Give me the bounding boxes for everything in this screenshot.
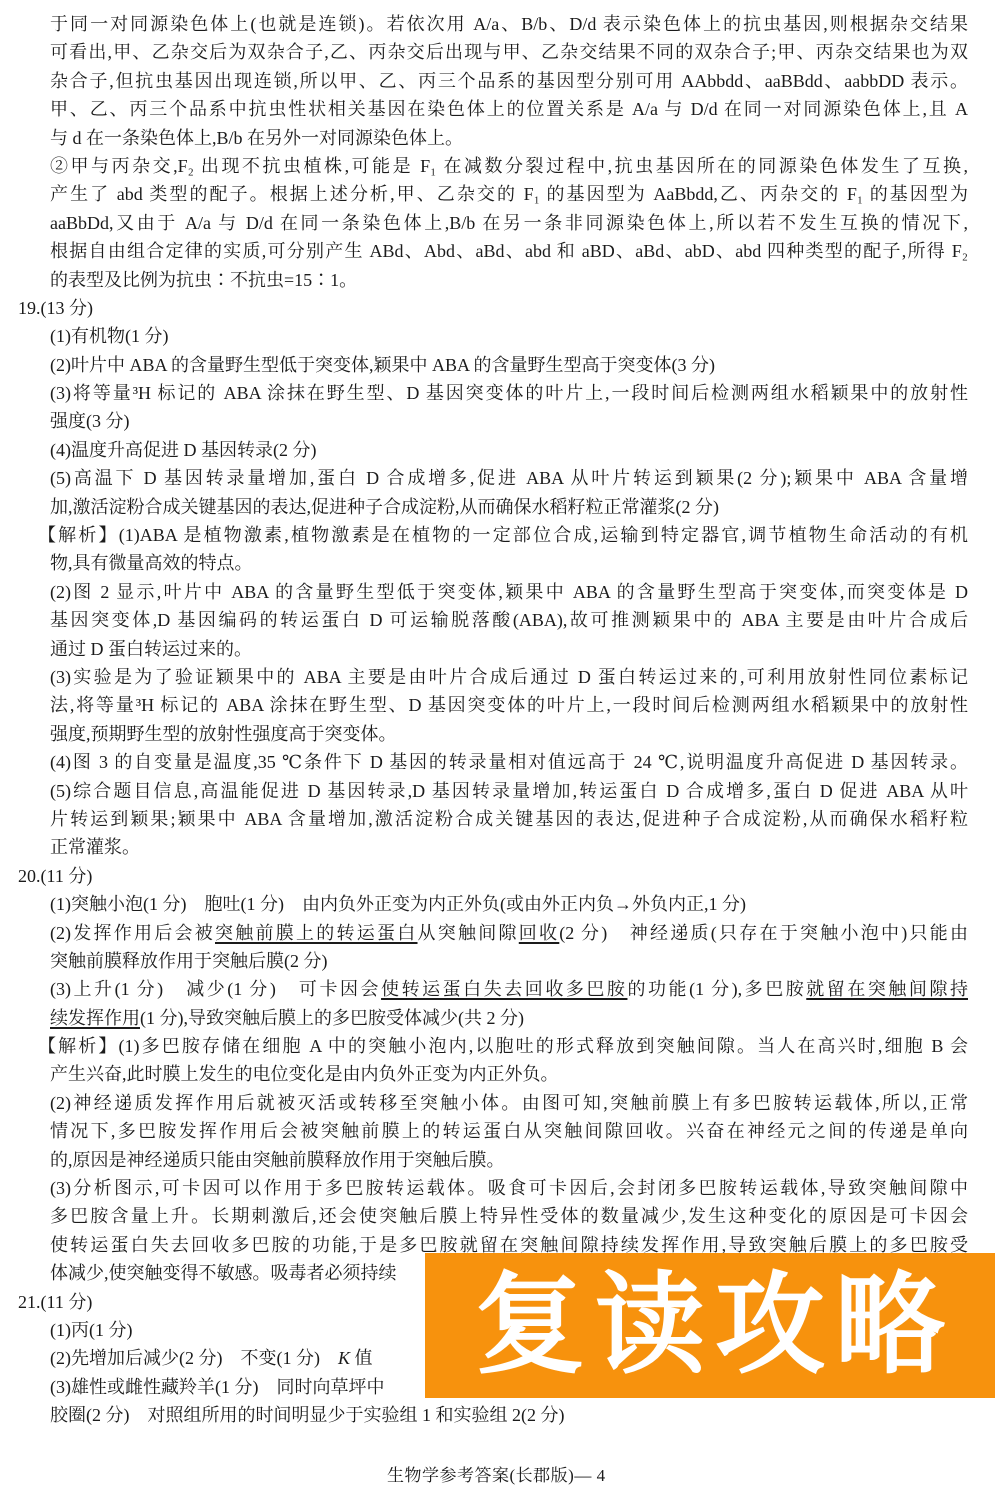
text-line: 多巴胺含量上升。长期刺激后,还会使突触后膜上特异性受体的数量减少,发生这种变化的… xyxy=(50,1202,968,1230)
text-segment: (2)发挥作用后会被 xyxy=(50,923,215,943)
text-segment: 的功能(1 分),多巴胺 xyxy=(627,979,806,999)
text-line: (1)突触小泡(1 分) 胞吐(1 分) 由内负外正变为内正外负(或由外正内负→… xyxy=(50,890,968,918)
text-line: 于同一对同源染色体上(也就是连锁)。若依次用 A/a、B/b、D/d 表示染色体… xyxy=(50,10,968,38)
text-line: 胶圈(2 分) 对照组所用的时间明显少于实验组 1 和实验组 2(2 分) xyxy=(50,1401,968,1429)
text-segment: (5)综合题目信息,高温能促进 D 基因转录,D 基因转录量增加,转运蛋白 D … xyxy=(50,781,968,801)
text-segment: 多巴胺含量上升。长期刺激后,还会使突触后膜上特异性受体的数量减少,发生这种变化的… xyxy=(50,1206,968,1226)
text-segment: 杂合子,但抗虫基因出现连锁,所以甲、乙、丙三个品系的基因型分别可用 AAbbdd… xyxy=(50,71,968,91)
underlined-text: 使转运蛋白失去回收多巴胺 xyxy=(381,979,627,999)
text-line: (3)将等量³H 标记的 ABA 涂抹在野生型、D 基因突变体的叶片上,一段时间… xyxy=(50,379,968,407)
text-segment: (4)图 3 的自变量是温度,35 ℃条件下 D 基因的转录量相对值远高于 24… xyxy=(50,752,968,772)
text-segment: 通过 D 蛋白转运过来的。 xyxy=(50,639,252,659)
text-line: (2)叶片中 ABA 的含量野生型低于突变体,颖果中 ABA 的含量野生型高于突… xyxy=(50,351,968,379)
text-line: 基因突变体,D 基因编码的转运蛋白 D 可运输脱落酸(ABA),故可推测颖果中的… xyxy=(50,606,968,634)
text-line: 加,激活淀粉合成关键基因的表达,促进种子合成淀粉,从而确保水稻籽粒正常灌浆(2 … xyxy=(50,493,968,521)
text-segment: (3)上升(1 分) 减少(1 分) 可卡因会 xyxy=(50,979,381,999)
text-line: (5)高温下 D 基因转录量增加,蛋白 D 合成增多,促进 ABA 从叶片转运到… xyxy=(50,464,968,492)
text-segment: 产生兴奋,此时膜上发生的电位变化是由内负外正变为内正外负。 xyxy=(50,1064,559,1084)
text-segment: 片转运到颖果;颖果中 ABA 含量增加,激活淀粉合成关键基因的表达,促进种子合成… xyxy=(50,809,968,829)
text-segment: 于同一对同源染色体上(也就是连锁)。若依次用 A/a、B/b、D/d 表示染色体… xyxy=(50,14,968,34)
answer-document: 于同一对同源染色体上(也就是连锁)。若依次用 A/a、B/b、D/d 表示染色体… xyxy=(0,10,1000,1430)
footer-text: 生物学参考答案(长郡版)— 4 xyxy=(387,1466,606,1485)
text-segment: 的表型及比例为抗虫∶不抗虫=15∶1。 xyxy=(50,270,357,290)
text-segment: 可看出,甲、乙杂交后为双杂合子,乙、丙杂交后出现与甲、乙杂交结果不同的双杂合子;… xyxy=(50,42,968,62)
text-segment: 法,将等量³H 标记的 ABA 涂抹在野生型、D 基因突变体的叶片上,一段时间后… xyxy=(50,695,968,715)
fudu-gonglue-watermark-banner: 复读攻略 xyxy=(425,1253,995,1398)
text-segment: (3)分析图示,可卡因可以作用于多巴胺转运载体。吸食可卡因后,会封闭多巴胺转运载… xyxy=(50,1178,968,1198)
text-segment: (2)先增加后减少(2 分) 不变(1 分) xyxy=(50,1348,338,1368)
text-segment: (2)叶片中 ABA 的含量野生型低于突变体,颖果中 ABA 的含量野生型高于突… xyxy=(50,355,715,375)
text-segment: 从突触间隙 xyxy=(418,923,519,943)
text-segment: 【解析】(1)多巴胺存储在细胞 A 中的突触小泡内,以胞吐的形式释放到突触间隙。… xyxy=(38,1036,968,1056)
text-line: 【解析】(1)ABA 是植物激素,植物激素是在植物的一定部位合成,运输到特定器官… xyxy=(38,521,968,549)
text-line: 强度,预期野生型的放射性强度高于突变体。 xyxy=(50,720,968,748)
underlined-text: 回收 xyxy=(519,923,560,943)
text-segment: 物,具有微量高效的特点。 xyxy=(50,553,253,573)
text-segment: 加,激活淀粉合成关键基因的表达,促进种子合成淀粉,从而确保水稻籽粒正常灌浆(2 … xyxy=(50,497,719,517)
text-segment: 20.(11 分) xyxy=(18,866,92,886)
text-segment: 强度,预期野生型的放射性强度高于突变体。 xyxy=(50,724,397,744)
question-19-answers: 19.(13 分)(1)有机物(1 分)(2)叶片中 ABA 的含量野生型低于突… xyxy=(0,294,1000,862)
text-line: 与 d 在一条染色体上,B/b 在另外一对同源染色体上。 xyxy=(50,124,968,152)
text-segment: 体减少,使突触变得不敏感。吸毒者必须持续 xyxy=(50,1263,397,1283)
text-line: 通过 D 蛋白转运过来的。 xyxy=(50,635,968,663)
text-segment: 情况下,多巴胺发挥作用后会被突触前膜上的转运蛋白从突触间隙回收。兴奋在神经元之间… xyxy=(50,1121,968,1141)
text-line: 可看出,甲、乙杂交后为双杂合子,乙、丙杂交后出现与甲、乙杂交结果不同的双杂合子;… xyxy=(50,38,968,66)
text-line: (3)实验是为了验证颖果中的 ABA 主要是由叶片合成后通过 D 蛋白转运过来的… xyxy=(50,663,968,691)
text-line: 正常灌浆。 xyxy=(50,833,968,861)
text-line: 法,将等量³H 标记的 ABA 涂抹在野生型、D 基因突变体的叶片上,一段时间后… xyxy=(50,691,968,719)
text-line: 的表型及比例为抗虫∶不抗虫=15∶1。 xyxy=(50,266,968,294)
text-segment: (5)高温下 D 基因转录量增加,蛋白 D 合成增多,促进 ABA 从叶片转运到… xyxy=(50,468,968,488)
text-segment: (1 分),导致突触后膜上的多巴胺受体减少(共 2 分) xyxy=(140,1008,524,1028)
text-segment: 突触前膜释放作用于突触后膜(2 分) xyxy=(50,951,328,971)
text-line: 杂合子,但抗虫基因出现连锁,所以甲、乙、丙三个品系的基因型分别可用 AAbbdd… xyxy=(50,67,968,95)
text-line: (2)神经递质发挥作用后就被灭活或转移至突触小体。由图可知,突触前膜上有多巴胺转… xyxy=(50,1089,968,1117)
text-segment: 21.(11 分) xyxy=(18,1292,92,1312)
text-line: 强度(3 分) xyxy=(50,407,968,435)
text-segment: 根据自由组合定律的实质,可分别产生 ABd、Abd、aBd、abd 和 aBD、… xyxy=(50,241,968,261)
text-line: (1)有机物(1 分) xyxy=(50,322,968,350)
text-line: 根据自由组合定律的实质,可分别产生 ABd、Abd、aBd、abd 和 aBD、… xyxy=(50,237,968,265)
text-segment: 甲、乙、丙三个品系中抗虫性状相关基因在染色体上的位置关系是 A/a 与 D/d … xyxy=(50,99,968,119)
text-segment: 胶圈(2 分) 对照组所用的时间明显少于实验组 1 和实验组 2(2 分) xyxy=(50,1405,564,1425)
text-segment: 与 d 在一条染色体上,B/b 在另外一对同源染色体上。 xyxy=(50,128,463,148)
text-segment: 产生了 abd 类型的配子。根据上述分析,甲、乙杂交的 F₁ 的基因型为 AaB… xyxy=(50,184,968,204)
text-line: 续发挥作用(1 分),导致突触后膜上的多巴胺受体减少(共 2 分) xyxy=(50,1004,968,1032)
text-line: 甲、乙、丙三个品系中抗虫性状相关基因在染色体上的位置关系是 A/a 与 D/d … xyxy=(50,95,968,123)
text-line: (2)发挥作用后会被突触前膜上的转运蛋白从突触间隙回收(2 分) 神经递质(只存… xyxy=(50,919,968,947)
text-segment: K xyxy=(338,1348,350,1368)
text-line: 片转运到颖果;颖果中 ABA 含量增加,激活淀粉合成关键基因的表达,促进种子合成… xyxy=(50,805,968,833)
text-line: aaBbDd,又由于 A/a 与 D/d 在同一条染色体上,B/b 在另一条非同… xyxy=(50,209,968,237)
question-20-answers: 20.(11 分)(1)突触小泡(1 分) 胞吐(1 分) 由内负外正变为内正外… xyxy=(0,862,1000,1288)
question-18-analysis-continuation: 于同一对同源染色体上(也就是连锁)。若依次用 A/a、B/b、D/d 表示染色体… xyxy=(0,10,1000,294)
watermark-text: 复读攻略 xyxy=(475,1271,955,1381)
text-line: (5)综合题目信息,高温能促进 D 基因转录,D 基因转录量增加,转运蛋白 D … xyxy=(50,777,968,805)
underlined-text: 续发挥作用 xyxy=(50,1008,140,1028)
text-line: 突触前膜释放作用于突触后膜(2 分) xyxy=(50,947,968,975)
text-segment: 【解析】(1)ABA 是植物激素,植物激素是在植物的一定部位合成,运输到特定器官… xyxy=(38,525,968,545)
text-segment: 的,原因是神经递质只能由突触前膜释放作用于突触后膜。 xyxy=(50,1150,505,1170)
text-segment: (3)雄性或雌性藏羚羊(1 分) 同时向草坪中 xyxy=(50,1377,384,1397)
page-footer: 生物学参考答案(长郡版)— 4 xyxy=(387,1461,606,1486)
text-line: 产生了 abd 类型的配子。根据上述分析,甲、乙杂交的 F₁ 的基因型为 AaB… xyxy=(50,180,968,208)
text-line: 情况下,多巴胺发挥作用后会被突触前膜上的转运蛋白从突触间隙回收。兴奋在神经元之间… xyxy=(50,1117,968,1145)
text-segment: ②甲与丙杂交,F₂ 出现不抗虫植株,可能是 F₁ 在减数分裂过程中,抗虫基因所在… xyxy=(50,156,968,176)
text-segment: (2 分) 神经递质(只存在于突触小泡中)只能由 xyxy=(559,923,968,943)
text-line: 物,具有微量高效的特点。 xyxy=(50,549,968,577)
text-segment: 使转运蛋白失去回收多巴胺的功能,于是多巴胺就留在突触间隙持续发挥作用,导致突触后… xyxy=(50,1235,968,1255)
text-line: (2)图 2 显示,叶片中 ABA 的含量野生型低于突变体,颖果中 ABA 的含… xyxy=(50,578,968,606)
text-segment: 基因突变体,D 基因编码的转运蛋白 D 可运输脱落酸(ABA),故可推测颖果中的… xyxy=(50,610,968,630)
text-segment: (4)温度升高促进 D 基因转录(2 分) xyxy=(50,440,316,460)
underlined-text: 就留在突触间隙持 xyxy=(806,979,968,999)
text-segment: (2)图 2 显示,叶片中 ABA 的含量野生型低于突变体,颖果中 ABA 的含… xyxy=(50,582,968,602)
text-line: 【解析】(1)多巴胺存储在细胞 A 中的突触小泡内,以胞吐的形式释放到突触间隙。… xyxy=(38,1032,968,1060)
text-segment: (3)实验是为了验证颖果中的 ABA 主要是由叶片合成后通过 D 蛋白转运过来的… xyxy=(50,667,968,687)
text-segment: aaBbDd,又由于 A/a 与 D/d 在同一条染色体上,B/b 在另一条非同… xyxy=(50,213,968,233)
text-segment: 正常灌浆。 xyxy=(50,837,140,857)
text-segment: (2)神经递质发挥作用后就被灭活或转移至突触小体。由图可知,突触前膜上有多巴胺转… xyxy=(50,1093,968,1113)
text-segment: (1)突触小泡(1 分) 胞吐(1 分) 由内负外正变为内正外负(或由外正内负→… xyxy=(50,894,746,914)
text-line: ②甲与丙杂交,F₂ 出现不抗虫植株,可能是 F₁ 在减数分裂过程中,抗虫基因所在… xyxy=(50,152,968,180)
text-segment: 19.(13 分) xyxy=(18,298,93,318)
text-line: 19.(13 分) xyxy=(18,294,968,322)
text-segment: (3)将等量³H 标记的 ABA 涂抹在野生型、D 基因突变体的叶片上,一段时间… xyxy=(50,383,968,403)
text-line: (3)上升(1 分) 减少(1 分) 可卡因会使转运蛋白失去回收多巴胺的功能(1… xyxy=(50,975,968,1003)
text-segment: (1)有机物(1 分) xyxy=(50,326,168,346)
text-segment: (1)丙(1 分) xyxy=(50,1320,132,1340)
text-line: 20.(11 分) xyxy=(18,862,968,890)
text-line: (3)分析图示,可卡因可以作用于多巴胺转运载体。吸食可卡因后,会封闭多巴胺转运载… xyxy=(50,1174,968,1202)
underlined-text: 突触前膜上的转运蛋白 xyxy=(215,923,418,943)
text-line: (4)温度升高促进 D 基因转录(2 分) xyxy=(50,436,968,464)
text-segment: 强度(3 分) xyxy=(50,411,130,431)
text-line: (4)图 3 的自变量是温度,35 ℃条件下 D 基因的转录量相对值远高于 24… xyxy=(50,748,968,776)
text-line: 产生兴奋,此时膜上发生的电位变化是由内负外正变为内正外负。 xyxy=(50,1060,968,1088)
text-segment: 值 xyxy=(350,1348,373,1368)
text-line: 的,原因是神经递质只能由突触前膜释放作用于突触后膜。 xyxy=(50,1146,968,1174)
